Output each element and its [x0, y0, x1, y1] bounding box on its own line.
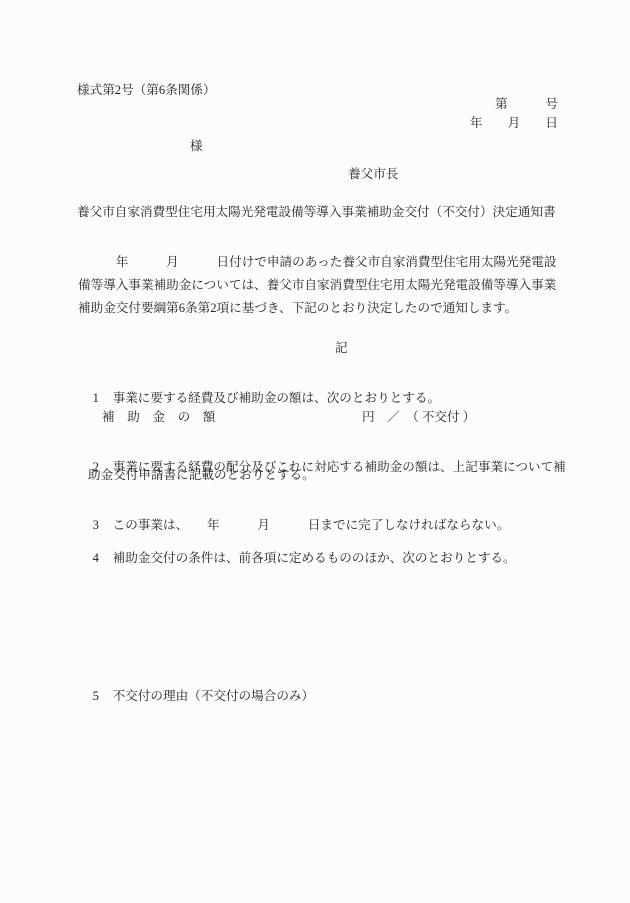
- issue-date-line: 年 月 日: [470, 116, 558, 130]
- document-number-line: 第 号: [495, 97, 558, 111]
- item-3-number: 3: [93, 518, 113, 532]
- list-item-2-continuation: 助金交付申請書に記載のとおりとする。: [88, 468, 315, 482]
- item-3-text: この事業は、 年 月 日までに完了しなければならない。: [113, 518, 510, 532]
- sender-title: 養父市長: [348, 167, 398, 181]
- subsidy-amount-value: 円 ／ （ 不交付 ）: [362, 410, 475, 424]
- record-heading: 記: [335, 341, 348, 355]
- form-number-label: 様式第2号（第6条関係）: [77, 83, 216, 97]
- document-title: 養父市自家消費型住宅用太陽光発電設備等導入事業補助金交付（不交付）決定通知書: [77, 205, 556, 219]
- item-5-number: 5: [93, 689, 113, 703]
- item-1-text: 事業に要する経費及び補助金の額は、次のとおりとする。: [113, 391, 440, 405]
- item-4-text: 補助金交付の条件は、前各項に定めるもののほか、次のとおりとする。: [113, 551, 516, 565]
- list-item-5: 5不交付の理由（不交付の場合のみ）: [80, 675, 314, 717]
- body-paragraph-line-1: 年 月 日付けで申請のあった養父市自家消費型住宅用太陽光発電設: [78, 255, 556, 269]
- body-paragraph-line-3: 補助金交付要綱第6条第2項に基づき、下記のとおり決定したので通知します。: [78, 301, 517, 315]
- item-4-number: 4: [93, 551, 113, 565]
- item-1-number: 1: [93, 391, 113, 405]
- list-item-4: 4補助金交付の条件は、前各項に定めるもののほか、次のとおりとする。: [80, 537, 516, 579]
- document-page: 様式第2号（第6条関係） 第 号 年 月 日 様 養父市長 養父市自家消費型住宅…: [0, 0, 630, 903]
- subsidy-amount-label: 補 助 金 の 額: [102, 410, 215, 424]
- body-paragraph-line-2: 備等導入事業補助金については、養父市自家消費型住宅用太陽光発電設備等導入事業: [78, 278, 556, 292]
- item-5-text: 不交付の理由（不交付の場合のみ）: [113, 689, 315, 703]
- addressee-honorific: 様: [190, 139, 203, 153]
